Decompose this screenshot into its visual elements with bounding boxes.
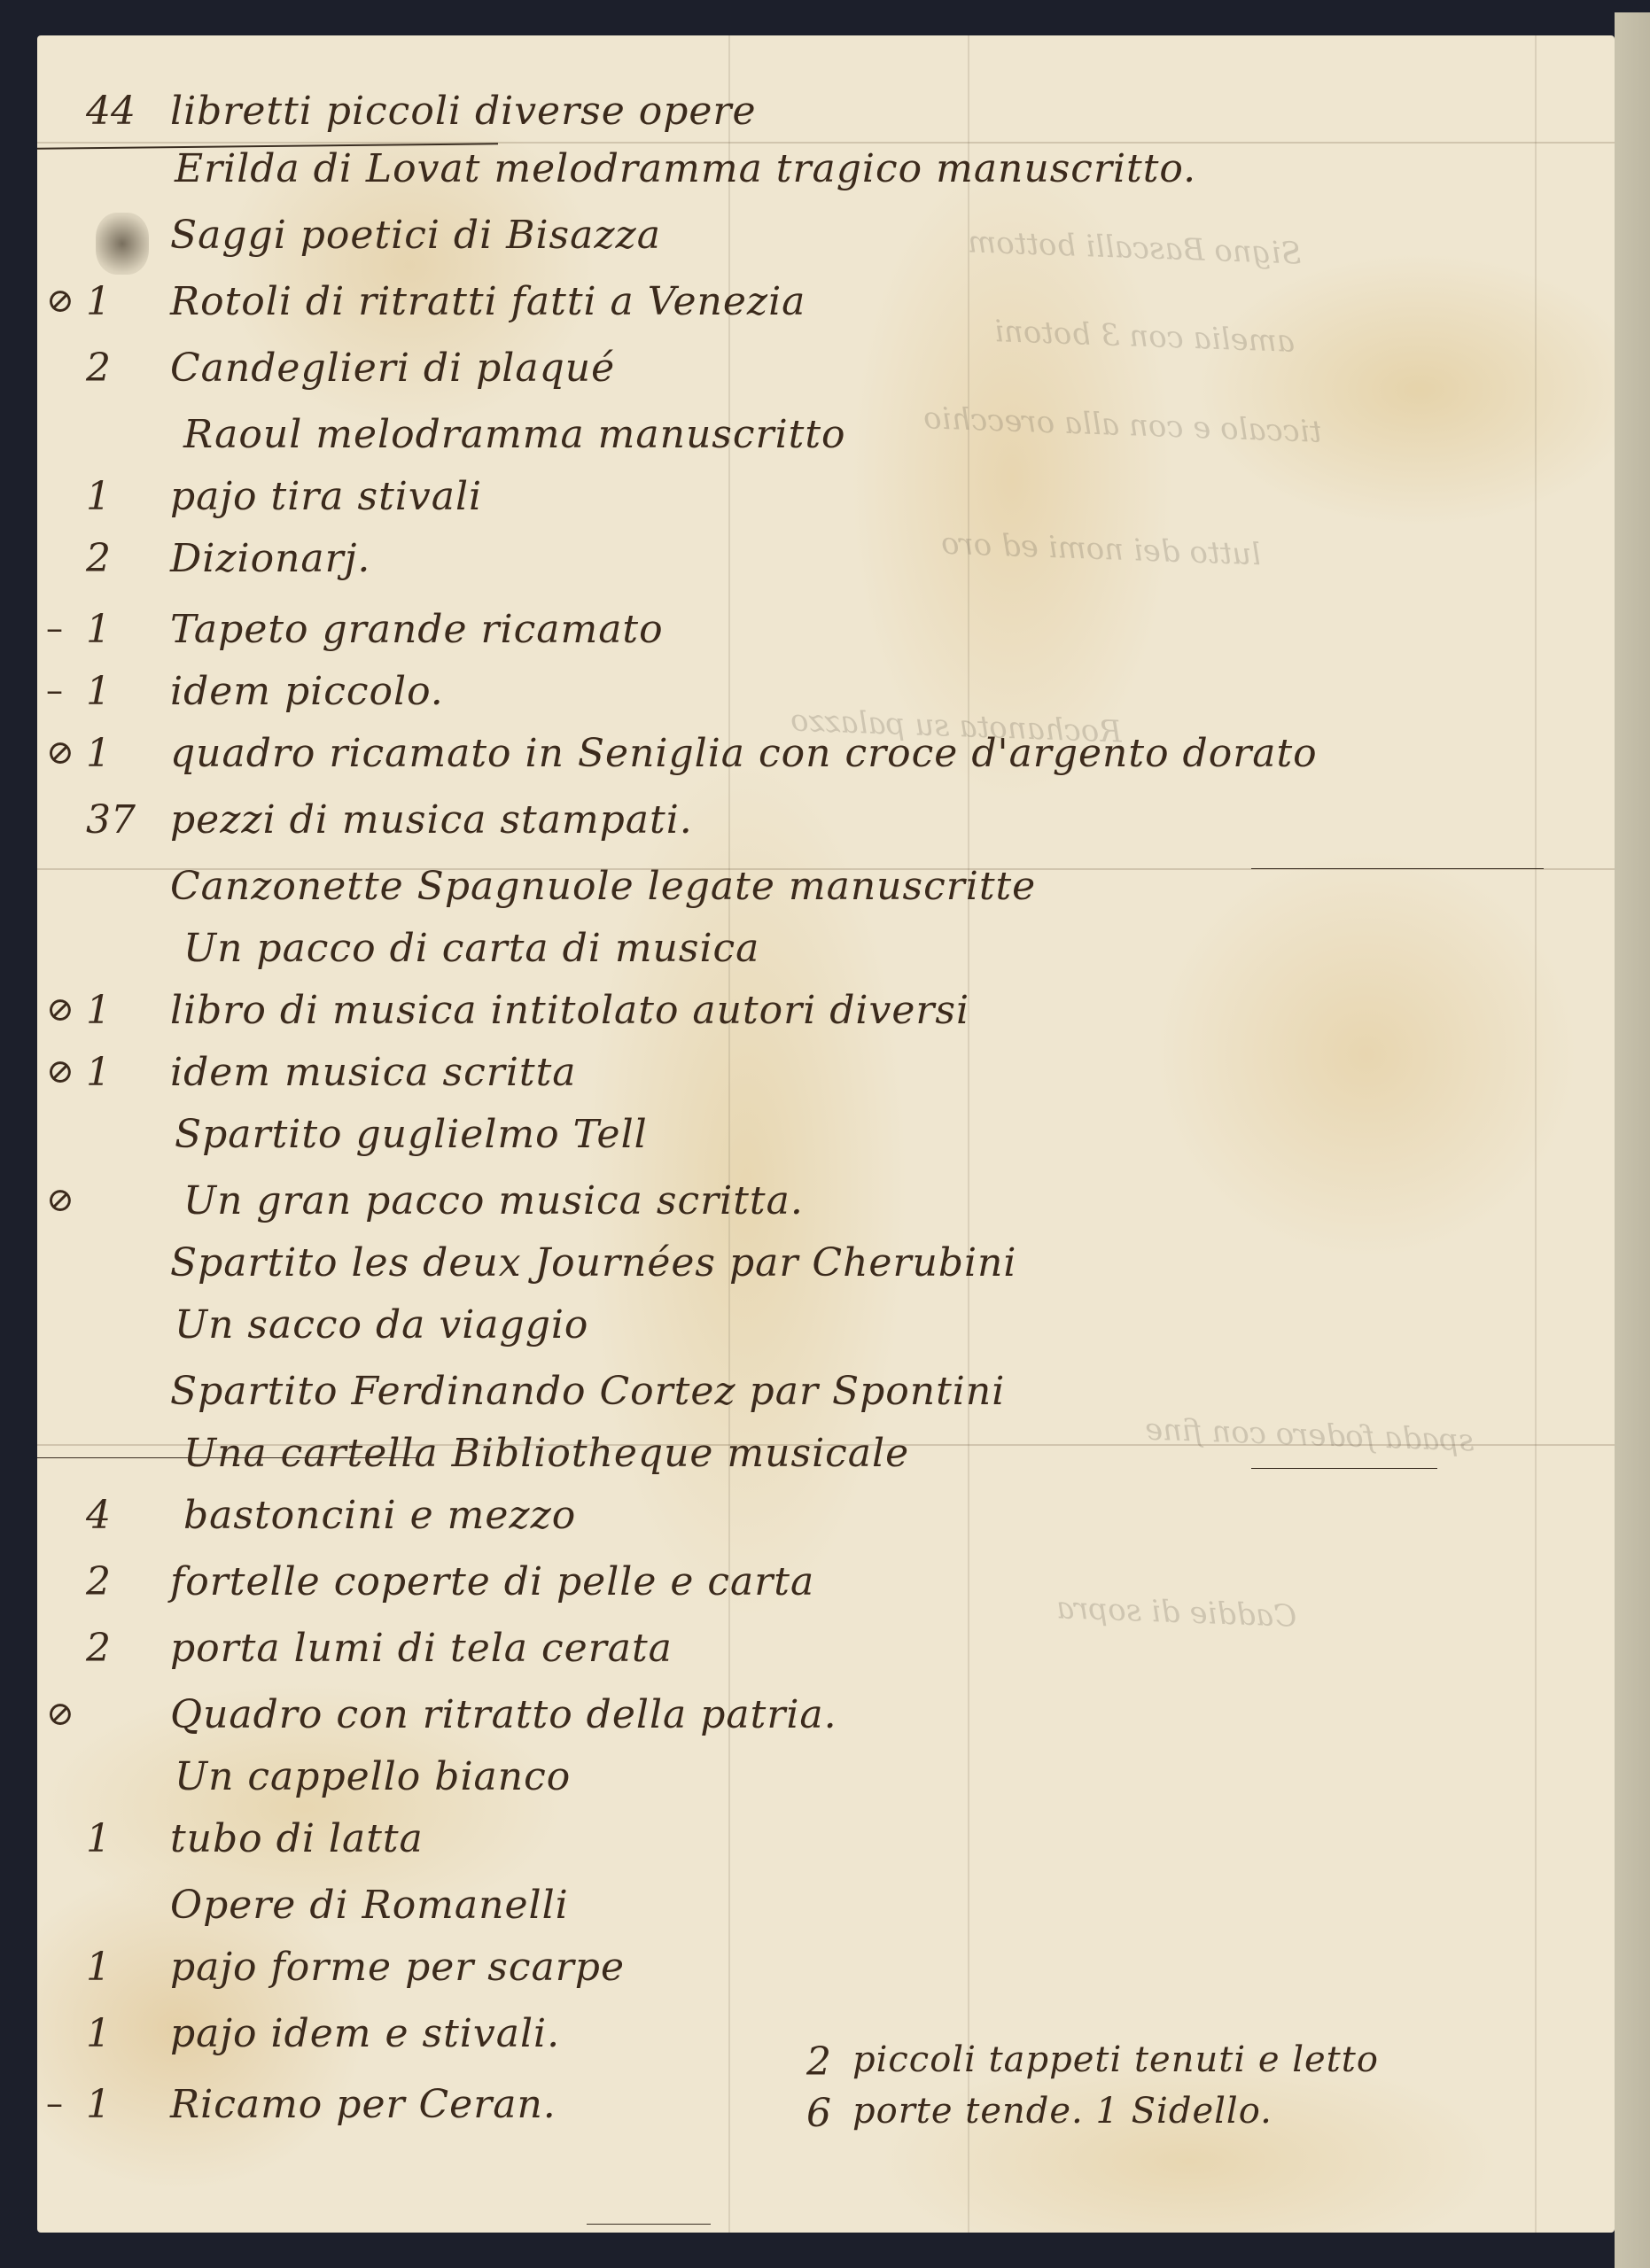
item-quantity: 2 bbox=[86, 536, 111, 581]
item-description: Spartito Ferdinando Cortez par Spontini bbox=[170, 1369, 1005, 1414]
item-description: Candeglieri di plaqué bbox=[170, 346, 615, 391]
check-circle-mark-icon: ⊘ bbox=[46, 1694, 74, 1733]
ink-blot bbox=[96, 213, 149, 275]
item-description: Quadro con ritratto della patria. bbox=[170, 1692, 837, 1737]
dash-mark-icon: – bbox=[46, 2084, 63, 2123]
paper-tear bbox=[587, 2224, 711, 2225]
dash-mark-icon: – bbox=[46, 609, 63, 648]
item-description: Raoul melodramma manuscritto bbox=[183, 412, 846, 457]
item-description: Spartito les deux Journées par Cherubini bbox=[170, 1240, 1016, 1285]
item-description: Un gran pacco musica scritta. bbox=[183, 1178, 804, 1223]
check-circle-mark-icon: ⊘ bbox=[46, 733, 74, 772]
item-description: fortelle coperte di pelle e carta bbox=[170, 1559, 814, 1604]
item-description: Una cartella Bibliotheque musicale bbox=[183, 1431, 909, 1476]
paper-tear bbox=[1251, 1468, 1437, 1469]
item-quantity: 1 bbox=[86, 607, 111, 652]
check-circle-mark-icon: ⊘ bbox=[46, 990, 74, 1029]
item-description: idem piccolo. bbox=[170, 669, 444, 714]
item-quantity: 4 bbox=[86, 1493, 111, 1538]
item-quantity: 2 bbox=[86, 1559, 111, 1604]
item-description: Dizionarj. bbox=[170, 536, 370, 581]
item-quantity: 1 bbox=[86, 279, 111, 324]
item-description: bastoncini e mezzo bbox=[183, 1493, 576, 1538]
item-description: Tapeto grande ricamato bbox=[170, 607, 664, 652]
check-circle-mark-icon: ⊘ bbox=[46, 1052, 74, 1091]
item-quantity: 2 bbox=[86, 1626, 111, 1671]
item-quantity: 1 bbox=[86, 474, 111, 519]
dash-mark-icon: – bbox=[46, 671, 63, 710]
item-description: Spartito guglielmo Tell bbox=[175, 1112, 648, 1157]
fold-line bbox=[968, 35, 969, 2233]
item-description: pezzi di musica stampati. bbox=[170, 797, 693, 843]
item-description: libro di musica intitolato autori divers… bbox=[170, 988, 969, 1033]
item-quantity: 1 bbox=[86, 1945, 111, 1990]
item-description: pajo tira stivali bbox=[170, 474, 482, 519]
item-description: Rotoli di ritratti fatti a Venezia bbox=[170, 279, 806, 324]
manuscript-page: Signo Bascalli bottom amelia con 3 boton… bbox=[37, 35, 1615, 2233]
item-description: Un sacco da viaggio bbox=[175, 1302, 588, 1348]
item-quantity: 1 bbox=[86, 2011, 111, 2056]
side-item-quantity: 6 bbox=[806, 2091, 831, 2136]
side-item-description: porte tende. 1 Sidello. bbox=[852, 2091, 1273, 2132]
item-quantity: 44 bbox=[86, 89, 136, 134]
side-item-description: piccoli tappeti tenuti e letto bbox=[852, 2039, 1379, 2080]
item-description: Opere di Romanelli bbox=[170, 1883, 569, 1928]
fold-line bbox=[37, 142, 1615, 144]
item-description: Un pacco di carta di musica bbox=[183, 926, 759, 971]
fold-line bbox=[1535, 35, 1537, 2233]
check-circle-mark-icon: ⊘ bbox=[46, 1180, 74, 1219]
side-item-quantity: 2 bbox=[806, 2039, 831, 2085]
item-quantity: 1 bbox=[86, 731, 111, 776]
item-description: Ricamo per Ceran. bbox=[170, 2082, 556, 2127]
item-description: Canzonette Spagnuole legate manuscritte bbox=[170, 864, 1036, 909]
item-quantity: 2 bbox=[86, 346, 111, 391]
paper-tear bbox=[1251, 868, 1544, 869]
item-description: pajo idem e stivali. bbox=[170, 2011, 560, 2056]
item-description: quadro ricamato in Seniglia con croce d'… bbox=[170, 731, 1318, 776]
item-description: idem musica scritta bbox=[170, 1050, 576, 1095]
fold-line bbox=[728, 35, 730, 2233]
item-quantity: 1 bbox=[86, 988, 111, 1033]
item-quantity: 1 bbox=[86, 1816, 111, 1861]
item-quantity: 1 bbox=[86, 669, 111, 714]
item-quantity: 1 bbox=[86, 2082, 111, 2127]
check-circle-mark-icon: ⊘ bbox=[46, 281, 74, 320]
adjacent-page-edge bbox=[1615, 12, 1650, 2268]
item-quantity: 37 bbox=[86, 797, 136, 843]
item-description: Un cappello bianco bbox=[175, 1754, 571, 1799]
item-description: Erilda di Lovat melodramma tragico manus… bbox=[175, 146, 1196, 191]
item-quantity: 1 bbox=[86, 1050, 111, 1095]
item-description: Saggi poetici di Bisazza bbox=[170, 213, 661, 258]
item-description: libretti piccoli diverse opere bbox=[170, 89, 757, 134]
item-description: tubo di latta bbox=[170, 1816, 424, 1861]
item-description: porta lumi di tela cerata bbox=[170, 1626, 673, 1671]
item-description: pajo forme per scarpe bbox=[170, 1945, 625, 1990]
